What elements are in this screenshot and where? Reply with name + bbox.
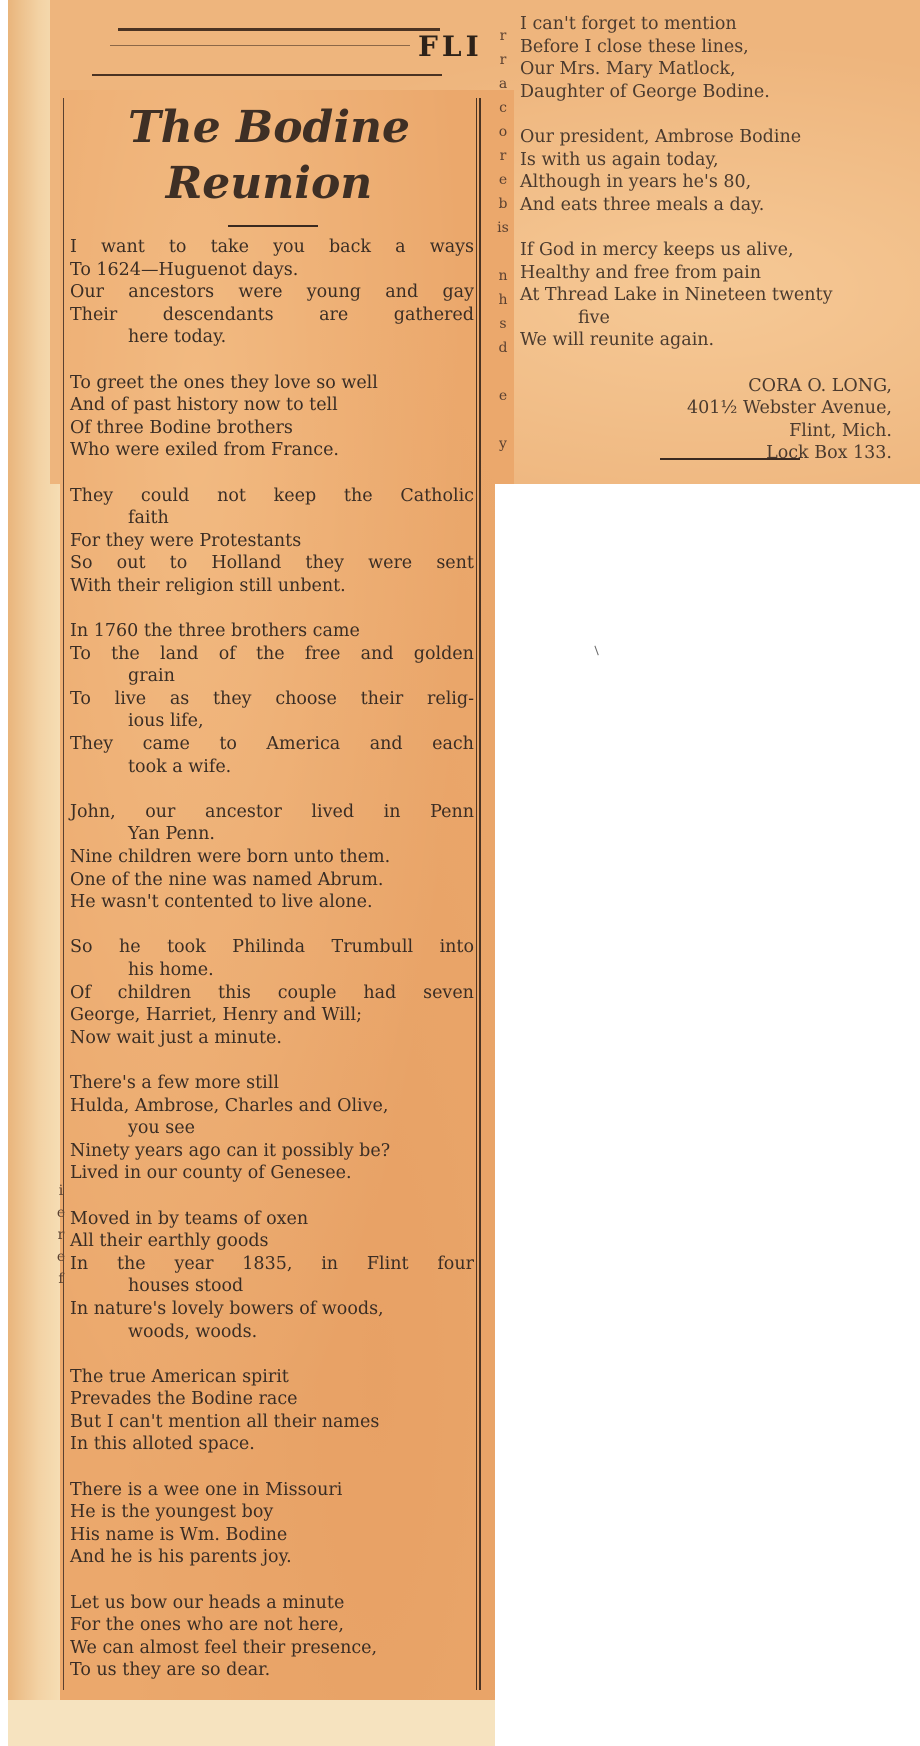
poem-line: Yan Penn.	[70, 823, 474, 846]
adjacent-column-fragment-left: ieref	[55, 1180, 67, 1290]
poem-line: He is the youngest boy	[70, 1501, 474, 1524]
column-rule	[479, 98, 481, 1690]
poem-stanza: There is a wee one in MissouriHe is the …	[70, 1479, 474, 1569]
poem-stanza: IwanttotakeyoubackawaysTo 1624—Huguenot …	[70, 236, 474, 349]
fragment-char: r	[497, 24, 509, 48]
poem-line: TheycouldnotkeeptheCatholic	[70, 485, 474, 508]
author-city: Flint, Mich.	[520, 420, 892, 443]
continuation-line: At Thread Lake in Nineteen twenty	[520, 284, 920, 307]
poem-line: Who were exiled from France.	[70, 439, 474, 462]
title-line-2: Reunion	[63, 156, 475, 212]
poem-line: The true American spirit	[70, 1366, 474, 1389]
continuation-line: five	[520, 307, 920, 330]
author-box: Lock Box 133.	[520, 442, 892, 465]
continuation-line: We will reunite again.	[520, 329, 920, 352]
poem-stanza: Moved in by teams of oxenAll their earth…	[70, 1208, 474, 1344]
end-rule	[660, 458, 800, 460]
continuation-line: Daughter of George Bodine.	[520, 81, 920, 104]
poem-line: Toliveastheychoosetheirrelig-	[70, 688, 474, 711]
continuation-line: If God in mercy keeps us alive,	[520, 239, 920, 262]
fragment-char: d	[497, 336, 509, 360]
fragment-char	[497, 240, 509, 264]
poem-line: faith	[70, 507, 474, 530]
poem-line: Iwanttotakeyoubackaways	[70, 236, 474, 259]
poem-line: Moved in by teams of oxen	[70, 1208, 474, 1231]
masthead-rule-top	[118, 28, 440, 31]
poem-body: IwanttotakeyoubackawaysTo 1624—Huguenot …	[70, 236, 474, 1705]
poem-line: houses stood	[70, 1275, 474, 1298]
poem-line: Ourancestorswereyoungandgay	[70, 281, 474, 304]
poem-line: Nine children were born unto them.	[70, 846, 474, 869]
poem-stanza: Let us bow our heads a minuteFor the one…	[70, 1592, 474, 1682]
fragment-char: r	[497, 48, 509, 72]
continuation-line: I can't forget to mention	[520, 13, 920, 36]
poem-line: took a wife.	[70, 756, 474, 779]
continuation-line: Is with us again today,	[520, 149, 920, 172]
poem-line: Ninety years ago can it possibly be?	[70, 1140, 474, 1163]
poem-stanza: There's a few more stillHulda, Ambrose, …	[70, 1072, 474, 1185]
poem-line: To greet the ones they love so well	[70, 372, 474, 395]
fragment-char: b	[497, 192, 509, 216]
fragment-char: y	[497, 432, 509, 456]
poem-line: Tothelandofthefreeandgolden	[70, 643, 474, 666]
fragment-char: h	[497, 288, 509, 312]
poem-line: Prevades the Bodine race	[70, 1388, 474, 1411]
fragment-char	[497, 360, 509, 384]
poem-line: For they were Protestants	[70, 530, 474, 553]
poem-line: you see	[70, 1117, 474, 1140]
poem-line: George, Harriet, Henry and Will;	[70, 1004, 474, 1027]
poem-line: Hulda, Ambrose, Charles and Olive,	[70, 1095, 474, 1118]
poem-line: Theirdescendantsaregathered	[70, 304, 474, 327]
poem-stanza: John,ourancestorlivedinPennYan Penn.Nine…	[70, 801, 474, 914]
continuation-stanza: If God in mercy keeps us alive,Healthy a…	[520, 239, 920, 352]
poem-stanza: SohetookPhilindaTrumbullintohis home.Ofc…	[70, 936, 474, 1049]
poem-line: His name is Wm. Bodine	[70, 1524, 474, 1547]
fragment-char: r	[55, 1224, 67, 1246]
continuation-line: Our Mrs. Mary Matlock,	[520, 58, 920, 81]
continuation-line: Although in years he's 80,	[520, 171, 920, 194]
poem-line: For the ones who are not here,	[70, 1614, 474, 1637]
poem-stanza: TheycouldnotkeeptheCatholicfaithFor they…	[70, 485, 474, 598]
fragment-char: s	[497, 312, 509, 336]
poem-line: To 1624—Huguenot days.	[70, 259, 474, 282]
poem-line: Lived in our county of Genesee.	[70, 1162, 474, 1185]
poem-line: ious life,	[70, 710, 474, 733]
poem-stanza: To greet the ones they love so wellAnd o…	[70, 372, 474, 462]
poem-line: here today.	[70, 326, 474, 349]
poem-line: In 1760 the three brothers came	[70, 620, 474, 643]
fragment-char: e	[497, 168, 509, 192]
poem-line: All their earthly goods	[70, 1230, 474, 1253]
poem-line: And he is his parents joy.	[70, 1546, 474, 1569]
adjacent-column-fragment: rracorebis nhsd e y	[497, 24, 509, 456]
fragment-char: f	[55, 1268, 67, 1290]
fragment-char	[497, 408, 509, 432]
continuation-line: Our president, Ambrose Bodine	[520, 126, 920, 149]
poem-stanza: In 1760 the three brothers cameTotheland…	[70, 620, 474, 778]
fragment-char: c	[497, 96, 509, 120]
fragment-char: a	[497, 72, 509, 96]
masthead-rule-bottom	[92, 74, 442, 76]
title-divider	[228, 225, 318, 227]
fragment-char: n	[497, 264, 509, 288]
poem-line: But I can't mention all their names	[70, 1411, 474, 1434]
continuation-line: And eats three meals a day.	[520, 194, 920, 217]
fragment-char: i	[55, 1180, 67, 1202]
poem-line: woods, woods.	[70, 1321, 474, 1344]
poem-line: Ofchildrenthiscouplehadseven	[70, 982, 474, 1005]
fragment-char: e	[497, 384, 509, 408]
fragment-char: r	[497, 144, 509, 168]
poem-line: Intheyear1835,inFlintfour	[70, 1253, 474, 1276]
poem-line: TheycametoAmericaandeach	[70, 733, 474, 756]
fragment-char: is	[497, 216, 509, 240]
fragment-char: e	[55, 1246, 67, 1268]
poem-line: We can almost feel their presence,	[70, 1637, 474, 1660]
poem-line: John,ourancestorlivedinPenn	[70, 801, 474, 824]
masthead-fragment: FLI	[418, 30, 483, 63]
poem-line: SoouttoHollandtheyweresent	[70, 552, 474, 575]
author-name: CORA O. LONG,	[520, 375, 892, 398]
fragment-char: e	[55, 1202, 67, 1224]
article-title: The Bodine Reunion	[63, 100, 475, 212]
poem-line: Now wait just a minute.	[70, 1027, 474, 1050]
masthead-rule-thin	[110, 45, 410, 46]
poem-line: Let us bow our heads a minute	[70, 1592, 474, 1615]
poem-line: He wasn't contented to live alone.	[70, 891, 474, 914]
poem-line: In this alloted space.	[70, 1433, 474, 1456]
continuation-line: Before I close these lines,	[520, 36, 920, 59]
poem-line: With their religion still unbent.	[70, 575, 474, 598]
poem-line: grain	[70, 665, 474, 688]
continuation-line: Healthy and free from pain	[520, 262, 920, 285]
poem-line: And of past history now to tell	[70, 394, 474, 417]
poem-continuation: I can't forget to mentionBefore I close …	[520, 13, 920, 465]
poem-line: Of three Bodine brothers	[70, 417, 474, 440]
poem-line: his home.	[70, 959, 474, 982]
continuation-stanza: Our president, Ambrose BodineIs with us …	[520, 126, 920, 216]
poem-line: There's a few more still	[70, 1072, 474, 1095]
poem-line: In nature's lovely bowers of woods,	[70, 1298, 474, 1321]
continuation-stanza: I can't forget to mentionBefore I close …	[520, 13, 920, 103]
poem-stanza: The true American spiritPrevades the Bod…	[70, 1366, 474, 1456]
blank-area	[495, 484, 920, 1746]
scrapbook-backing-bottom	[8, 1700, 520, 1746]
poem-line: There is a wee one in Missouri	[70, 1479, 474, 1502]
title-line-1: The Bodine	[63, 100, 475, 156]
author-street: 401½ Webster Avenue,	[520, 397, 892, 420]
signature-block: CORA O. LONG, 401½ Webster Avenue, Flint…	[520, 375, 920, 465]
poem-line: One of the nine was named Abrum.	[70, 869, 474, 892]
poem-line: SohetookPhilindaTrumbullinto	[70, 936, 474, 959]
fragment-char: o	[497, 120, 509, 144]
poem-line: To us they are so dear.	[70, 1659, 474, 1682]
